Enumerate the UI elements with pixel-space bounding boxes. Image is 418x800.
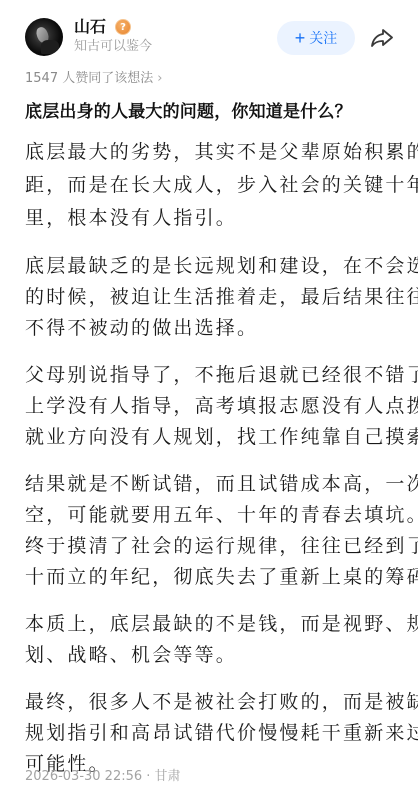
paragraph: 结果就是不断试错，而且试错成本高，一次踏 空，可能就要用五年、十年的青春去填坑。… xyxy=(25,469,395,593)
share-button[interactable] xyxy=(369,25,395,51)
text-line: 规划指引和高昂试错代价慢慢耗干重新来过的 xyxy=(25,718,395,749)
likes-link[interactable]: 1547 人赞同了该想法› xyxy=(25,70,162,88)
paragraph: 底层最大的劣势，其实不是父辈原始积累的差 距，而是在长大成人，步入社会的关键十年… xyxy=(25,136,395,235)
paragraph: 底层最缺乏的是长远规划和建设，在不会选择 的时候，被迫让生活推着走，最后结果往往… xyxy=(25,251,395,344)
text-line: 结果就是不断试错，而且试错成本高，一次踏 xyxy=(25,469,395,500)
likes-count-text: 1547 人赞同了该想法 xyxy=(25,71,153,86)
follow-label: 关注 xyxy=(309,30,337,46)
paragraph: 父母别说指导了，不拖后退就已经很不错了， 上学没有人指导，高考填报志愿没有人点拨… xyxy=(25,360,395,453)
post-content: 底层最大的劣势，其实不是父辈原始积累的差 距，而是在长大成人，步入社会的关键十年… xyxy=(25,136,395,796)
question-badge-icon[interactable]: ? xyxy=(115,19,131,35)
paragraph: 本质上，底层最缺的不是钱，而是视野、规 划、战略、机会等等。 xyxy=(25,609,395,671)
post-title: 底层出身的人最大的问题，你知道是什么？ xyxy=(25,101,352,123)
author-name[interactable]: 山石 xyxy=(74,17,106,37)
text-line: 就业方向没有人规划，找工作纯靠自己摸索。 xyxy=(25,422,395,453)
text-line: 距，而是在长大成人，步入社会的关键十年 xyxy=(25,169,395,202)
text-line: 本质上，底层最缺的不是钱，而是视野、规 xyxy=(25,609,395,640)
author-bio: 知古可以鉴今 xyxy=(74,39,152,55)
text-line: 不得不被动的做出选择。 xyxy=(25,313,395,344)
text-line: 里，根本没有人指引。 xyxy=(25,202,395,235)
text-line: 空，可能就要用五年、十年的青春去填坑。等 xyxy=(25,500,395,531)
text-line: 底层最缺乏的是长远规划和建设，在不会选择 xyxy=(25,251,395,282)
post-meta-timestamp-location: 2026-03-30 22:56 · 甘肃 xyxy=(25,768,181,786)
author-header: 山石 ? 知古可以鉴今 +关注 xyxy=(25,17,395,57)
follow-button[interactable]: +关注 xyxy=(277,21,355,55)
text-line: 最终，很多人不是被社会打败的，而是被缺乏 xyxy=(25,687,395,718)
text-line: 上学没有人指导，高考填报志愿没有人点拨， xyxy=(25,391,395,422)
text-line: 终于摸清了社会的运行规律，往往已经到了三 xyxy=(25,531,395,562)
share-arrow-icon xyxy=(369,25,395,51)
post-page: 山石 ? 知古可以鉴今 +关注 1547 人赞同了该想法› 底层出身的人最大的问… xyxy=(0,0,418,800)
avatar-body xyxy=(41,40,59,54)
avatar[interactable] xyxy=(25,18,63,56)
chevron-right-icon: › xyxy=(157,71,162,86)
text-line: 划、战略、机会等等。 xyxy=(25,640,395,671)
plus-icon: + xyxy=(295,28,306,48)
text-line: 父母别说指导了，不拖后退就已经很不错了， xyxy=(25,360,395,391)
text-line: 十而立的年纪，彻底失去了重新上桌的筹码。 xyxy=(25,562,395,593)
text-line: 底层最大的劣势，其实不是父辈原始积累的差 xyxy=(25,136,395,169)
text-line: 的时候，被迫让生活推着走，最后结果往往是 xyxy=(25,282,395,313)
paragraph: 最终，很多人不是被社会打败的，而是被缺乏 规划指引和高昂试错代价慢慢耗干重新来过… xyxy=(25,687,395,780)
